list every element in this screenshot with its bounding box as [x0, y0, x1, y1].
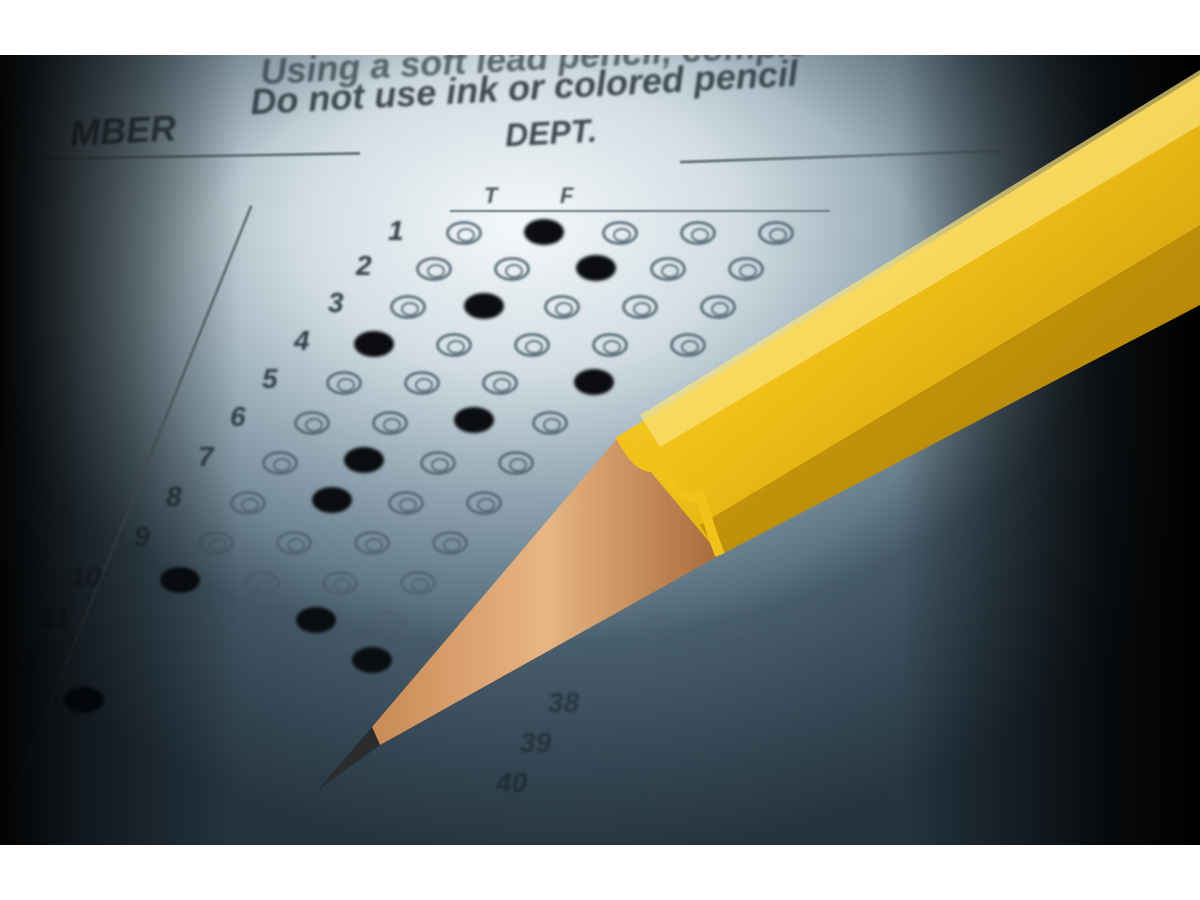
photo: Using a soft lead pencil, comple Do not … [0, 55, 1200, 845]
pencil [0, 55, 1200, 845]
pencil-graphite-tip [318, 727, 380, 790]
